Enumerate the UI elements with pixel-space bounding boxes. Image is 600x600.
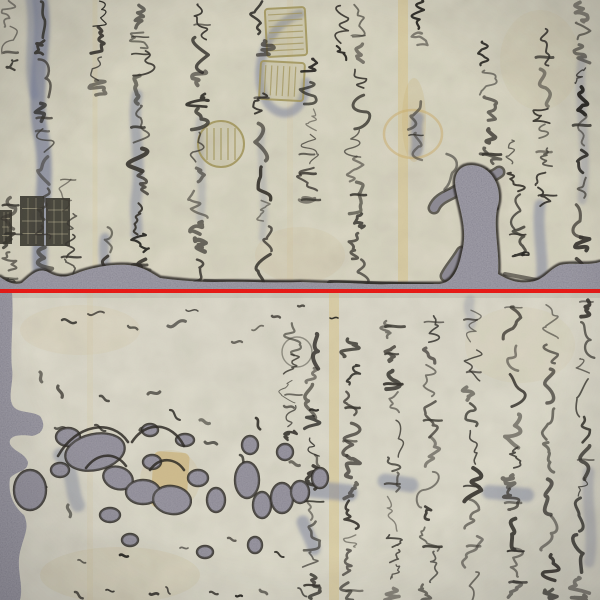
photo-collage (0, 0, 600, 600)
vignette (0, 0, 600, 600)
